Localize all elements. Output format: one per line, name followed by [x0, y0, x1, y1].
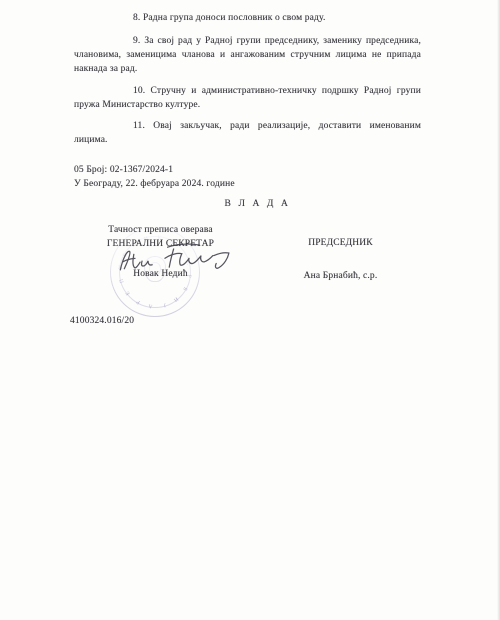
doc-code: 4100324.016/20: [70, 314, 134, 328]
document-page: РЕПУБЛИКА СРБИЈА 8. Радна група доноси п…: [0, 0, 500, 620]
paragraph-line: пружа Министарство културе.: [74, 98, 421, 112]
signature-handwriting: [110, 242, 237, 276]
paragraph-line: члановима, заменицима чланова и ангажова…: [74, 48, 421, 62]
paragraph-line: 9. За свој рад у Радној групи председник…: [74, 34, 421, 48]
right-signer-name: Ана Брнабић, с.р.: [268, 269, 413, 283]
paragraph-line: 8. Радна група доноси пословник о свом р…: [74, 11, 421, 25]
paragraph-9: 9. За свој рад у Радној групи председник…: [74, 34, 421, 76]
attest-line: Тачност преписа оверава: [88, 224, 233, 238]
paragraph-line: лицима.: [74, 133, 421, 147]
right-signer-title: ПРЕДСЕДНИК: [268, 236, 413, 250]
issuer-heading: В Л А Д А: [74, 197, 440, 211]
place-and-date: У Београду, 22. фебруара 2024. године: [74, 178, 394, 192]
paragraph-line: 10. Стручну и административно-техничку п…: [74, 84, 421, 98]
reference-block: 05 Број: 02-1367/2024-1 У Београду, 22. …: [74, 164, 394, 192]
paragraph-line: 11. Овај закључак, ради реализације, дос…: [74, 119, 421, 133]
paragraph-line: накнада за рад.: [74, 62, 421, 76]
reference-number: 05 Број: 02-1367/2024-1: [74, 164, 394, 178]
paragraph-8: 8. Радна група доноси пословник о свом р…: [74, 11, 421, 25]
paragraph-10: 10. Стручну и административно-техничку п…: [74, 84, 421, 112]
paragraph-11: 11. Овај закључак, ради реализације, дос…: [74, 119, 421, 147]
